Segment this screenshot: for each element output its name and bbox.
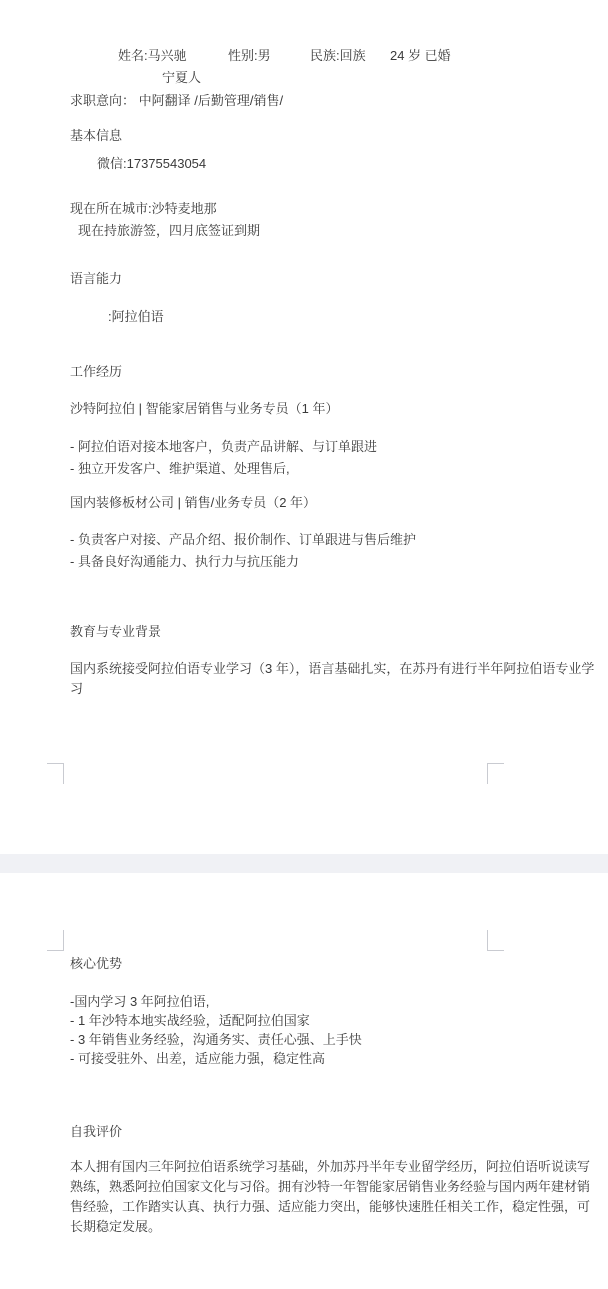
job-bullet: - 具备良好沟通能力、执行力与抗压能力 <box>70 552 299 572</box>
age-marital-field: 24 岁 已婚 <box>390 46 451 66</box>
job-bullet: - 负责客户对接、产品介绍、报价制作、订单跟进与售后维护 <box>70 530 416 550</box>
strength-bullet: - 可接受驻外、出差，适应能力强，稳定性高 <box>70 1049 325 1069</box>
wechat-line: 微信:17375543054 <box>97 154 206 174</box>
page-separator <box>0 854 608 873</box>
section-title-self-evaluation: 自我评价 <box>70 1122 122 1142</box>
self-evaluation-paragraph: 本人拥有国内三年阿拉伯语系统学习基础，外加苏丹半年专业留学经历，阿拉伯语听说读写… <box>70 1157 602 1237</box>
section-title-basic-info: 基本信息 <box>70 126 122 146</box>
visa-line: 现在持旅游签，四月底签证到期 <box>78 221 260 241</box>
job-objective: 求职意向： 中阿翻译 /后勤管理/销售/ <box>70 91 283 111</box>
section-title-education: 教育与专业背景 <box>70 622 161 642</box>
page-corner-mark <box>47 930 64 951</box>
page-corner-mark <box>487 930 504 951</box>
section-title-work: 工作经历 <box>70 362 122 382</box>
city-line: 现在所在城市:沙特麦地那 <box>70 199 217 219</box>
page-corner-mark <box>487 763 504 784</box>
language-item: :阿拉伯语 <box>108 307 164 327</box>
section-title-language: 语言能力 <box>70 269 122 289</box>
job-bullet: - 独立开发客户、维护渠道、处理售后, <box>70 459 290 479</box>
strength-bullet: -国内学习 3 年阿拉伯语, <box>70 992 209 1012</box>
education-paragraph: 国内系统接受阿拉伯语专业学习（3 年），语言基础扎实，在苏丹有进行半年阿拉伯语专… <box>70 659 602 699</box>
document-viewer: 姓名:马兴驰 性别:男 民族:回族 24 岁 已婚 宁夏人 求职意向： 中阿翻译… <box>0 0 608 1289</box>
gender-field: 性别:男 <box>228 46 271 66</box>
section-title-strengths: 核心优势 <box>70 954 122 974</box>
job-bullet: - 阿拉伯语对接本地客户，负责产品讲解、与订单跟进 <box>70 437 377 457</box>
page-corner-mark <box>47 763 64 784</box>
strength-bullet: - 3 年销售业务经验，沟通务实、责任心强、上手快 <box>70 1030 362 1050</box>
strength-bullet: - 1 年沙特本地实战经验，适配阿拉伯国家 <box>70 1011 310 1031</box>
origin-field: 宁夏人 <box>162 68 201 88</box>
ethnicity-field: 民族:回族 <box>310 46 366 66</box>
job1-heading: 沙特阿拉伯 | 智能家居销售与业务专员（1 年） <box>70 399 338 419</box>
name-field: 姓名:马兴驰 <box>118 46 187 66</box>
job2-heading: 国内装修板材公司 | 销售/业务专员（2 年） <box>70 493 316 513</box>
